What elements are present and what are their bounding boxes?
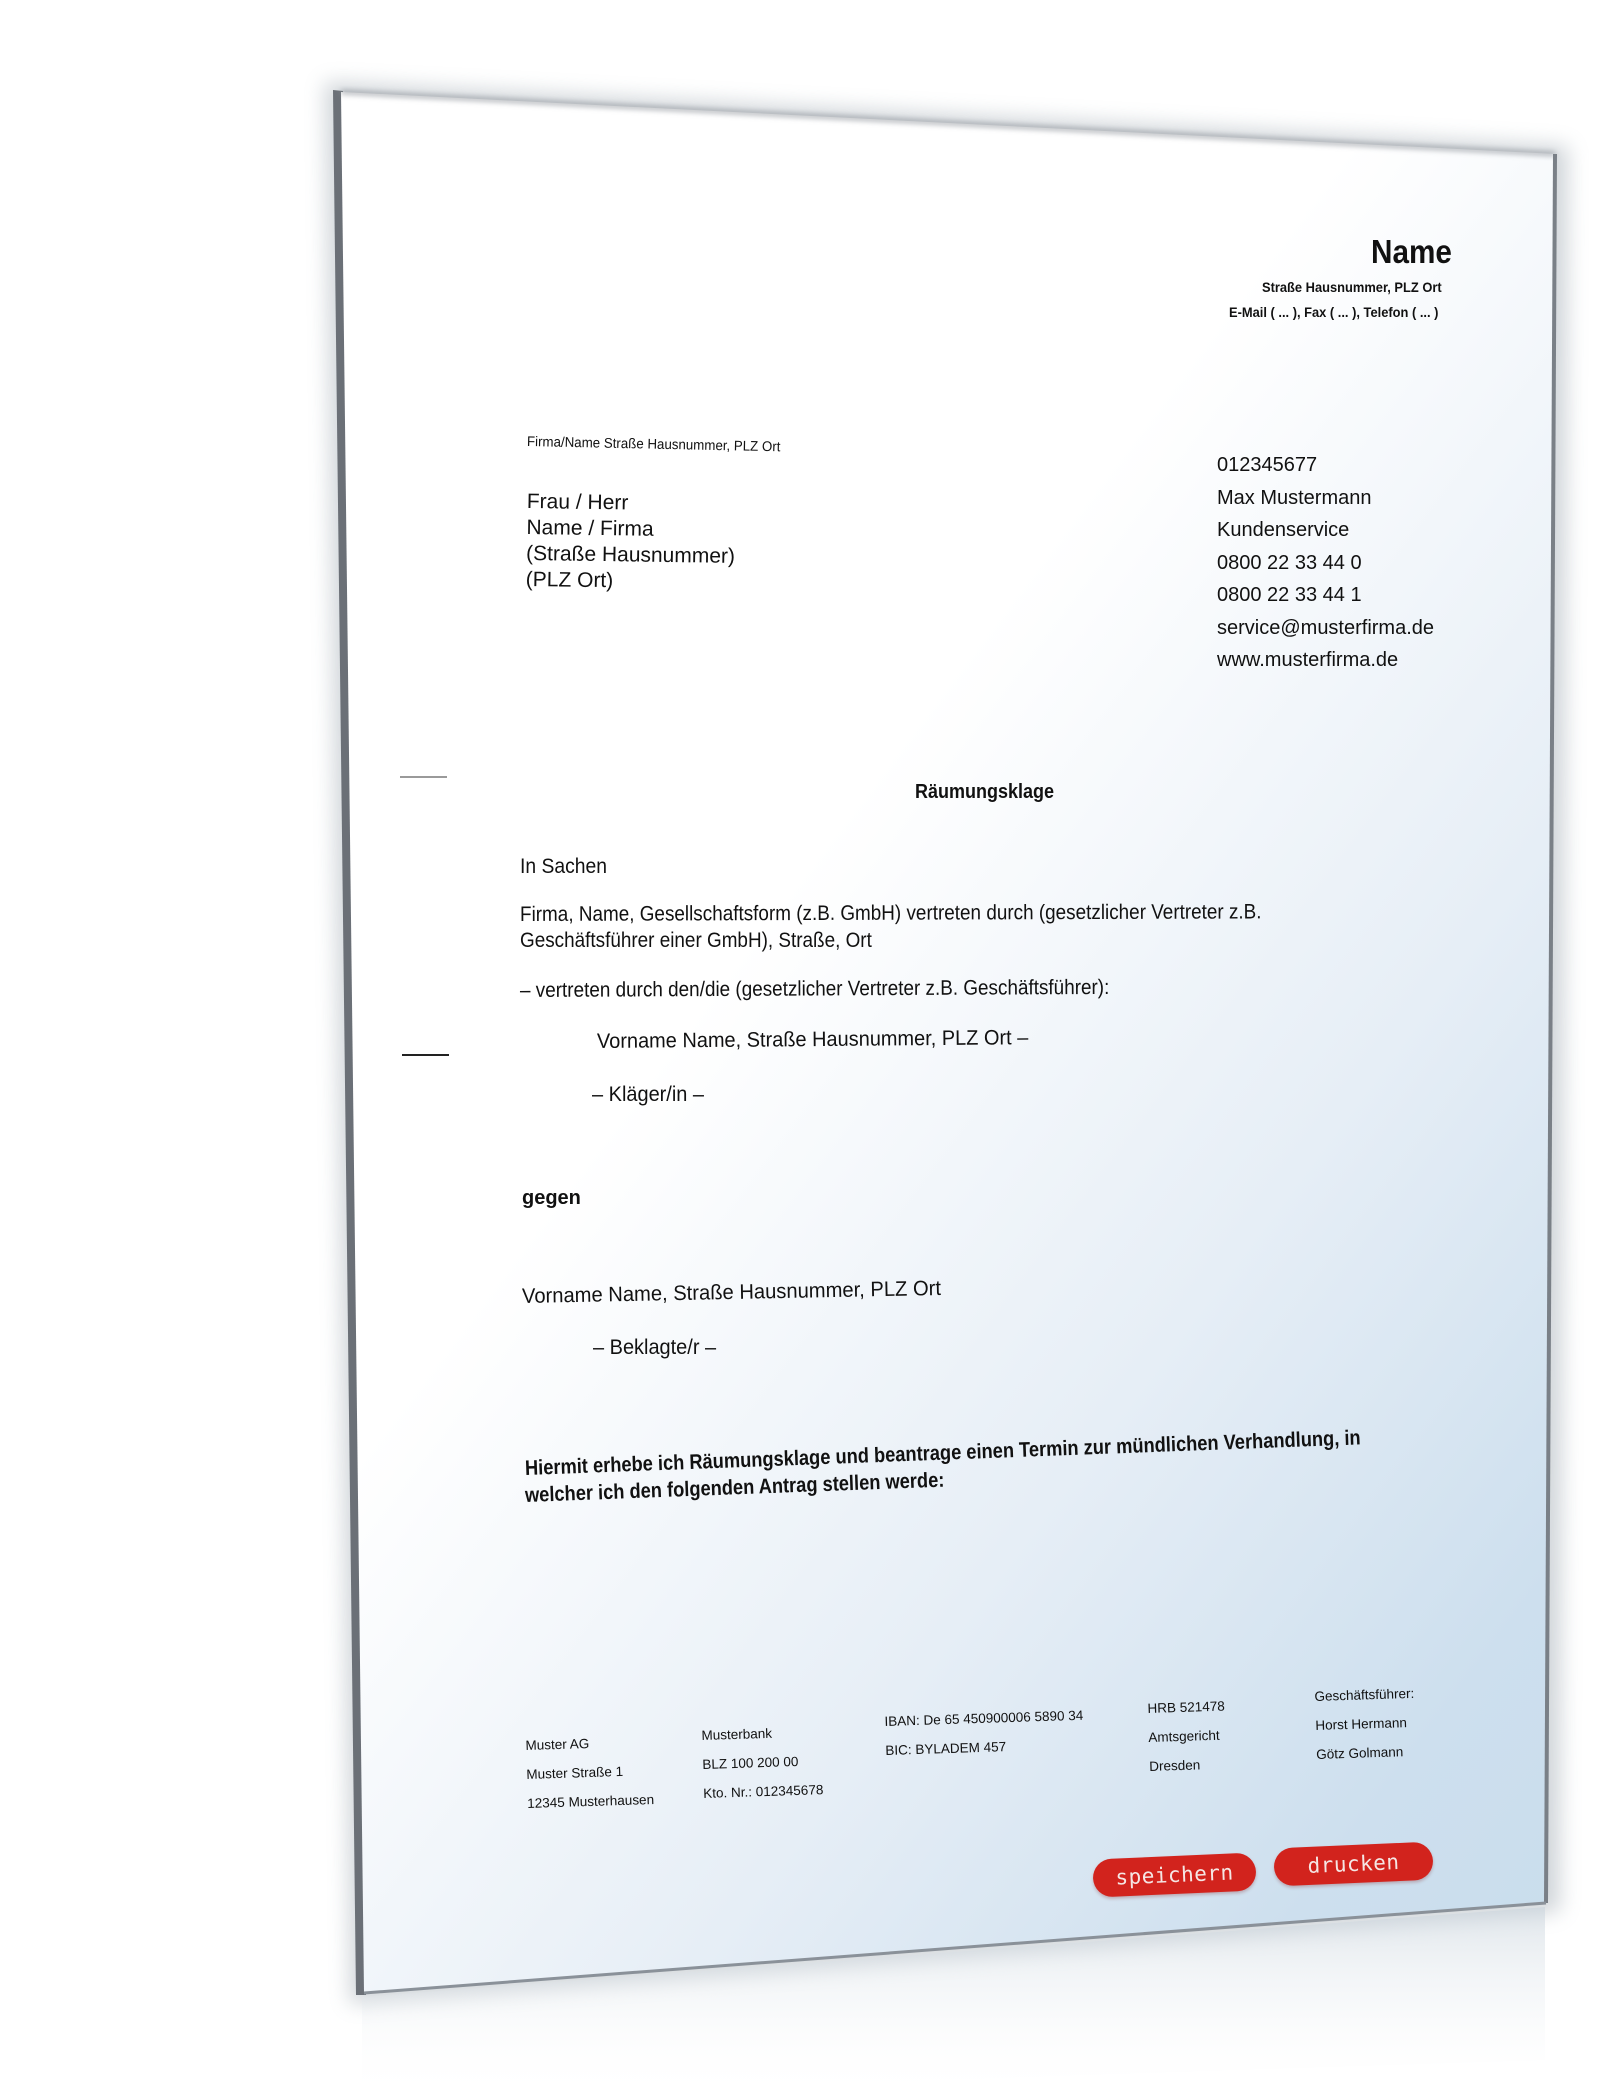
register-number: HRB 521478: [1147, 1692, 1225, 1723]
document-title: Räumungsklage: [915, 781, 1054, 804]
fold-mark: [400, 776, 447, 778]
footer-management: Geschäftsführer: Horst Hermann Götz Golm…: [1314, 1679, 1416, 1769]
plaintiff-line-1: Firma, Name, Gesellschaftsform (z.B. Gmb…: [520, 900, 1262, 927]
plaintiff-role: – Kläger/in –: [592, 1083, 704, 1107]
register-city: Dresden: [1149, 1750, 1227, 1781]
phone: 0800 22 33 44 0: [1217, 547, 1434, 580]
management-label: Geschäftsführer:: [1314, 1679, 1415, 1711]
footer-bank: Musterbank BLZ 100 200 00 Kto. Nr.: 0123…: [701, 1717, 824, 1808]
website: www.musterfirma.de: [1217, 644, 1434, 677]
plaintiff-line-2: Geschäftsführer einer GmbH), Straße, Ort: [520, 929, 872, 953]
recipient-address: Frau / Herr Name / Firma (Straße Hausnum…: [526, 489, 736, 596]
fax: 0800 22 33 44 1: [1217, 579, 1434, 612]
print-button[interactable]: drucken: [1273, 1842, 1434, 1887]
company-name: Muster AG: [525, 1727, 653, 1760]
contact-person: Max Mustermann: [1217, 482, 1434, 515]
register-court: Amtsgericht: [1148, 1721, 1226, 1752]
recipient-line: Frau / Herr: [527, 489, 736, 518]
save-button[interactable]: speichern: [1092, 1852, 1257, 1897]
document-preview: Name Straße Hausnummer, PLZ Ort E-Mail (…: [0, 0, 1600, 2100]
email: service@musterfirma.de: [1217, 612, 1434, 645]
defendant-role: – Beklagte/r –: [593, 1336, 716, 1360]
bank-name: Musterbank: [701, 1717, 822, 1750]
recipient-line: Name / Firma: [526, 515, 735, 544]
bank-code: BLZ 100 200 00: [702, 1746, 823, 1779]
manager-2: Götz Golmann: [1316, 1737, 1417, 1769]
department: Kundenservice: [1217, 514, 1434, 547]
recipient-line: (Straße Hausnummer): [526, 541, 735, 570]
company-street: Muster Straße 1: [526, 1756, 654, 1789]
letterhead-name: Name: [1371, 233, 1452, 271]
represented-by: – vertreten durch den/die (gesetzlicher …: [520, 976, 1109, 1003]
reference-number: 012345677: [1217, 449, 1434, 482]
in-sachen: In Sachen: [520, 855, 607, 879]
footer-company: Muster AG Muster Straße 1 12345 Musterha…: [525, 1727, 655, 1818]
recipient-line: (PLZ Ort): [526, 567, 735, 596]
letterhead-address: Straße Hausnummer, PLZ Ort: [1262, 279, 1442, 295]
letterhead-contact: E-Mail ( ... ), Fax ( ... ), Telefon ( .…: [1229, 304, 1438, 320]
company-city: 12345 Musterhausen: [527, 1785, 655, 1818]
info-block: 012345677 Max Mustermann Kundenservice 0…: [1217, 449, 1434, 677]
manager-1: Horst Hermann: [1315, 1708, 1416, 1740]
footer-register: HRB 521478 Amtsgericht Dresden: [1147, 1692, 1227, 1781]
representative: Vorname Name, Straße Hausnummer, PLZ Ort…: [597, 1026, 1029, 1054]
account-number: Kto. Nr.: 012345678: [703, 1775, 824, 1808]
punch-mark: [402, 1054, 449, 1056]
against-label: gegen: [522, 1187, 581, 1210]
footer-iban: IBAN: De 65 450900006 5890 34 BIC: BYLAD…: [884, 1701, 1085, 1765]
